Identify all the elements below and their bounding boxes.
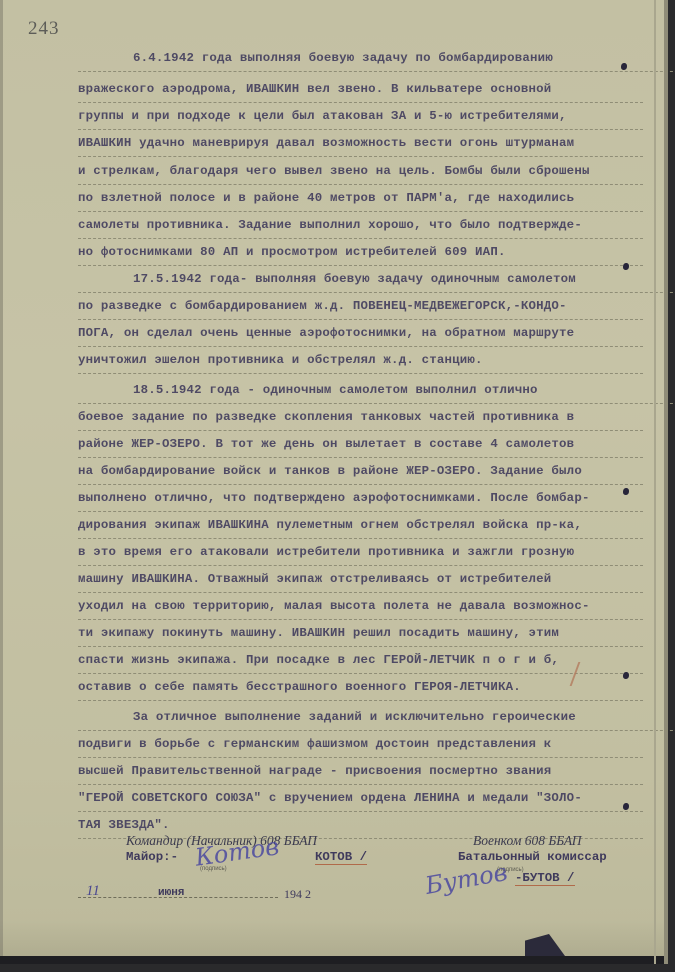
commander-rank: Майор:-	[126, 850, 178, 864]
text-line: уничтожил эшелон противника и обстрелял …	[78, 347, 643, 374]
document-page: 243 6.4.1942 года выполняя боевую задачу…	[0, 0, 668, 964]
page-edge	[0, 0, 3, 964]
text-line: по взлетной полосе и в районе 40 метров …	[78, 185, 643, 212]
text-line: боевое задание по разведке скопления тан…	[78, 404, 643, 431]
commander-name: КОТОВ /	[315, 850, 367, 865]
ink-blot	[623, 263, 629, 270]
commissar-name: -БУТОВ /	[515, 871, 575, 886]
text-line: За отличное выполнение заданий и исключи…	[78, 704, 675, 731]
text-line: вражеского аэродрома, ИВАШКИН вел звено.…	[78, 76, 643, 103]
text-line: 17.5.1942 года- выполняя боевую задачу о…	[78, 266, 675, 293]
text-line: на бомбардирование войск и танков в райо…	[78, 458, 643, 485]
archive-page-number: 243	[28, 18, 60, 40]
text-line: уходил на свою территорию, малая высота …	[78, 593, 643, 620]
ink-blot	[621, 63, 627, 70]
text-line: 6.4.1942 года выполняя боевую задачу по …	[78, 45, 675, 72]
text-line: ПОГА, он сделал очень ценные аэрофотосни…	[78, 320, 643, 347]
text-line: по разведке с бомбардированием ж.д. ПОВЕ…	[78, 293, 643, 320]
date-day: 11	[86, 883, 100, 900]
date-month: июня	[158, 887, 184, 899]
text-line: районе ЖЕР-ОЗЕРО. В тот же день он вылет…	[78, 431, 643, 458]
commander-signature-caption: (подпись)	[200, 866, 227, 872]
text-line: но фотоснимками 80 АП и просмотром истре…	[78, 239, 643, 266]
text-line: "ГЕРОЙ СОВЕТСКОГО СОЮЗА" с вручением орд…	[78, 785, 643, 812]
commissar-title: Военком 608 ББАП	[473, 833, 582, 849]
ink-blot	[623, 803, 629, 810]
text-line: выполнено отлично, что подтверждено аэро…	[78, 485, 643, 512]
text-line: машину ИВАШКИНА. Отважный экипаж отстрел…	[78, 566, 643, 593]
ink-blot	[623, 488, 629, 495]
text-line: ти экипажу покинуть машину. ИВАШКИН реши…	[78, 620, 643, 647]
text-line: самолеты противника. Задание выполнил хо…	[78, 212, 643, 239]
text-line: подвиги в борьбе с германским фашизмом д…	[78, 731, 643, 758]
text-line: и стрелкам, благодаря чего вывел звено н…	[78, 158, 643, 185]
text-line: спасти жизнь экипажа. При посадке в лес …	[78, 647, 643, 674]
text-line: 18.5.1942 года - одиночным самолетом вып…	[78, 377, 675, 404]
commissar-signature: Бутов	[423, 858, 509, 900]
text-line: высшей Правительственной награде - присв…	[78, 758, 643, 785]
ink-blot	[623, 672, 629, 679]
paper-fold	[0, 920, 664, 956]
text-line: дирования экипаж ИВАШКИНА пулеметным огн…	[78, 512, 643, 539]
text-line: в это время его атаковали истребители пр…	[78, 539, 643, 566]
date-year: 194 2	[284, 887, 311, 902]
scan-border	[0, 956, 664, 964]
text-line: группы и при подходе к цели был атакован…	[78, 103, 643, 130]
text-line: ИВАШКИН удачно маневрируя давал возможно…	[78, 130, 643, 157]
